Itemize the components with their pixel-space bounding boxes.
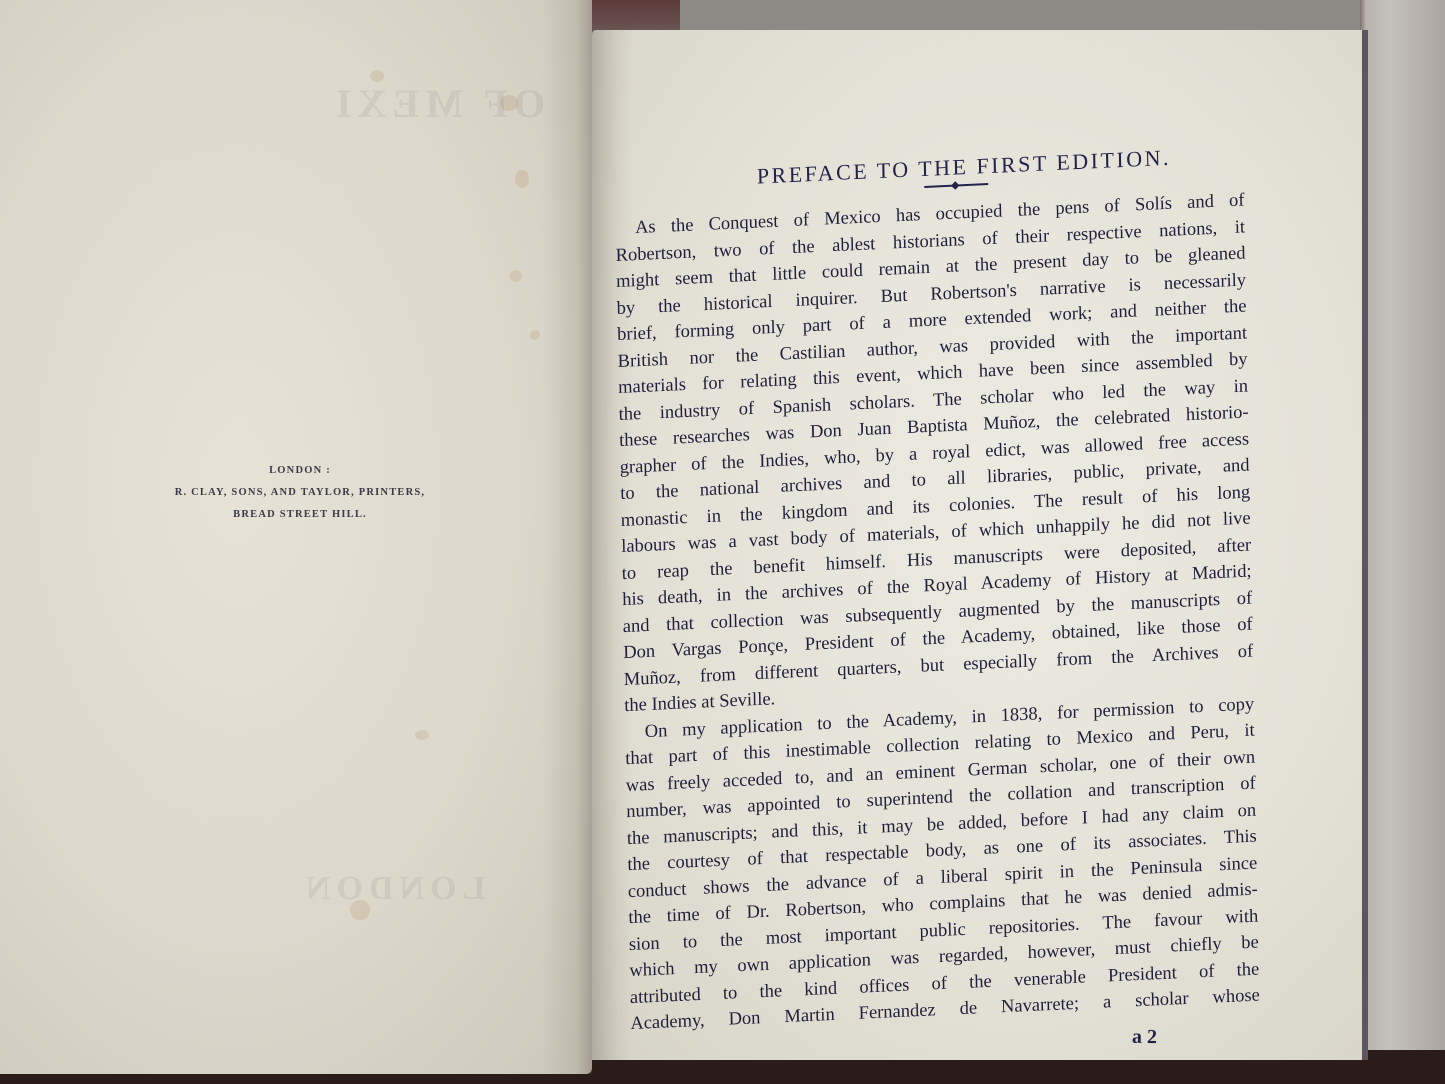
signature-mark: a 2 — [1132, 1026, 1157, 1049]
foxing-spot — [350, 900, 370, 920]
foxing-spot — [500, 95, 518, 111]
imprint-address: BREAD STREET HILL. — [120, 504, 480, 526]
imprint-city: LONDON : — [120, 460, 480, 482]
foxing-spot — [370, 70, 384, 82]
gutter-shadow — [542, 0, 592, 1074]
right-page: PREFACE TO THE FIRST EDITION. As the Con… — [592, 30, 1362, 1060]
foxing-spot — [415, 730, 429, 740]
imprint-printer: R. CLAY, SONS, AND TAYLOR, PRINTERS, — [120, 482, 480, 504]
show-through-text-bottom: LONDON — [300, 870, 485, 908]
printer-imprint: LONDON : R. CLAY, SONS, AND TAYLOR, PRIN… — [120, 460, 480, 526]
paragraph-2: On my application to the Academy, in 183… — [625, 691, 1260, 1038]
cloth-background — [1360, 0, 1445, 1084]
page-edge — [1362, 30, 1368, 1060]
left-page: OF MEXI LONDON LONDON : R. CLAY, SONS, A… — [0, 0, 592, 1074]
ornamental-rule — [924, 183, 988, 188]
paragraph-1: As the Conquest of Mexico has occupied t… — [615, 187, 1254, 719]
preface-text-block: PREFACE TO THE FIRST EDITION. As the Con… — [614, 141, 1260, 1037]
foxing-spot — [530, 330, 540, 340]
foxing-spot — [515, 170, 529, 188]
foxing-spot — [510, 270, 522, 282]
